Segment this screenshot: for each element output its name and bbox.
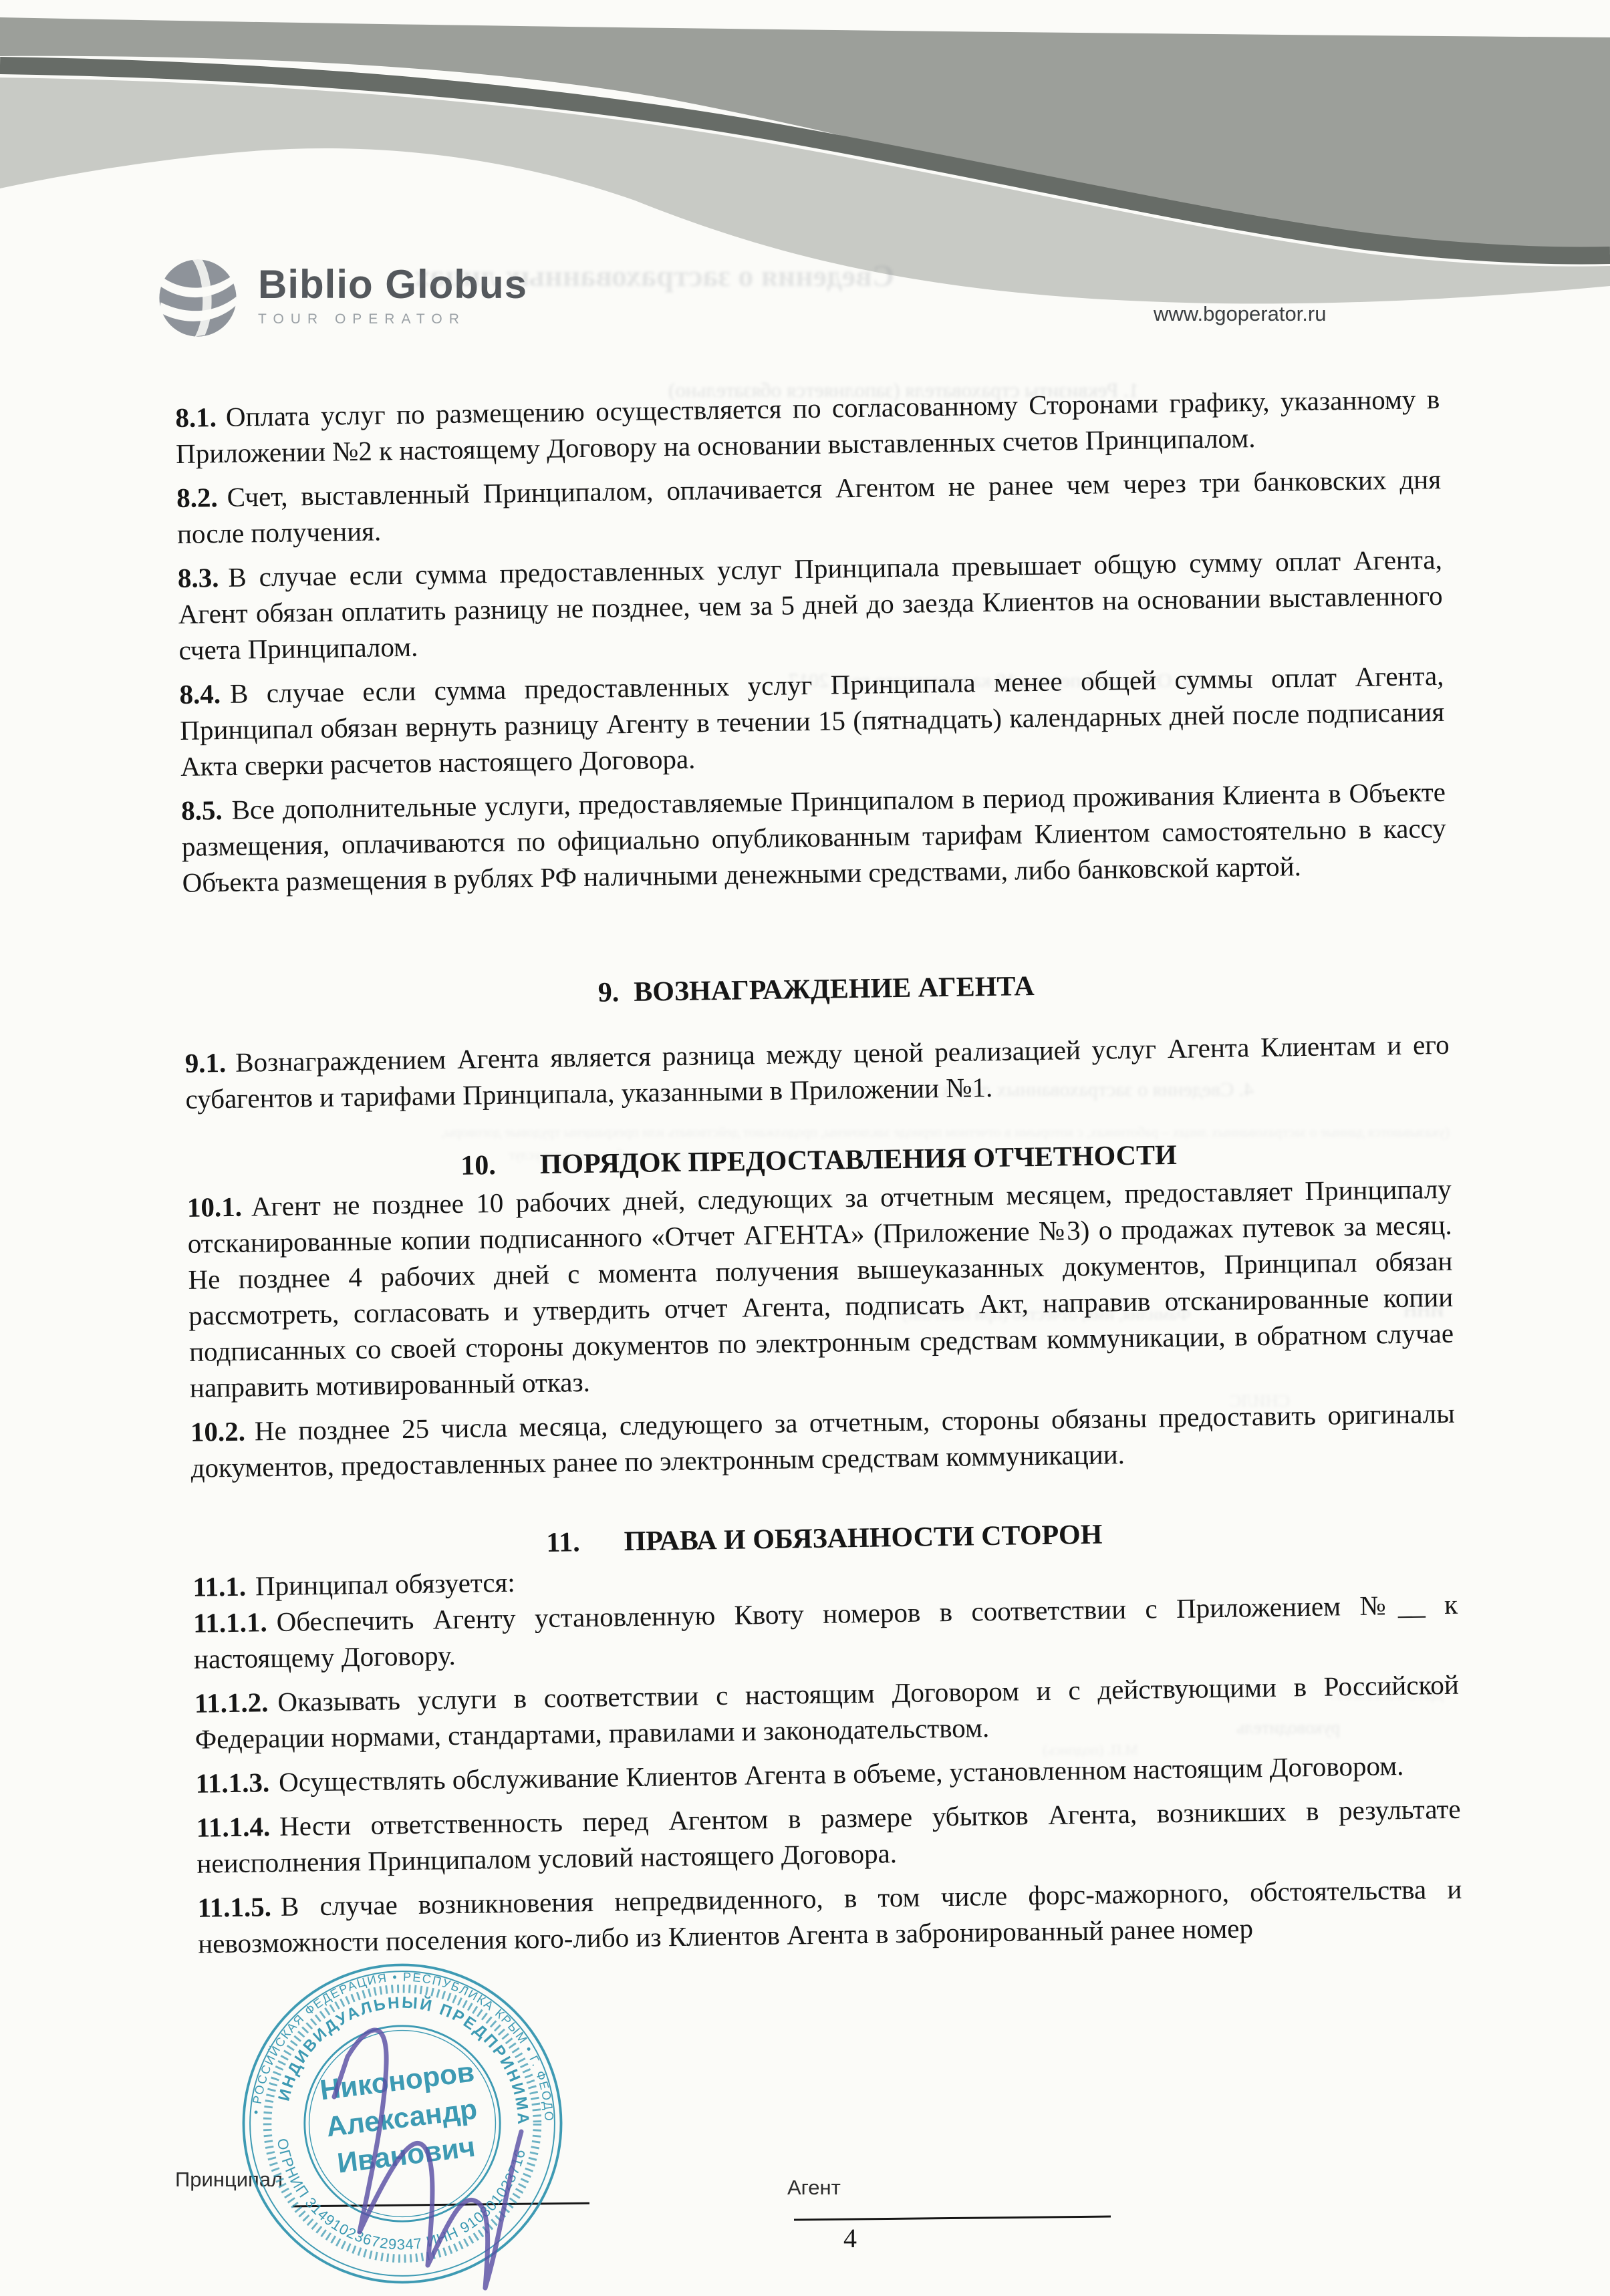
- clause-number: 9.1.: [184, 1047, 226, 1079]
- clause-8-2: 8.2.Счет, выставленный Принципалом, опла…: [176, 461, 1442, 552]
- clause-number: 8.5.: [181, 795, 223, 826]
- handwritten-signature: [287, 2017, 575, 2296]
- clause-text: Счет, выставленный Принципалом, оплачива…: [177, 464, 1442, 549]
- globe-swirl-icon: [155, 255, 241, 341]
- clause-number: 10.1.: [187, 1191, 243, 1223]
- clause-text: В случае если сумма предоставленных услу…: [180, 660, 1444, 782]
- clause-number: 10.2.: [190, 1416, 246, 1447]
- clause-10-1: 10.1.Агент не позднее 10 рабочих дней, с…: [187, 1171, 1455, 1406]
- clause-text: В случае если сумма предоставленных услу…: [178, 544, 1442, 666]
- clause-number: 11.1.2.: [194, 1687, 269, 1719]
- contract-body: 8.1.Оплата услуг по размещению осуществл…: [175, 381, 1463, 1970]
- clause-11-1-5: 11.1.5.В случае возникновения непредвиде…: [197, 1871, 1462, 1962]
- clause-number: 8.1.: [175, 402, 217, 433]
- clause-text: Не позднее 25 числа месяца, следующего з…: [190, 1398, 1455, 1483]
- clause-number: 11.1.1.: [193, 1606, 267, 1638]
- clause-text: Оказывать услуги в соответствии с настоя…: [194, 1669, 1459, 1755]
- clause-9-1: 9.1.Вознаграждением Агента является разн…: [184, 1026, 1450, 1117]
- clause-number: 8.2.: [176, 482, 218, 513]
- clause-text: Обеспечить Агенту установленную Квоту но…: [194, 1589, 1458, 1675]
- clause-text: Осуществлять обслуживание Клиентов Агент…: [279, 1750, 1404, 1798]
- clause-number: 11.1.3.: [195, 1767, 269, 1799]
- section-title: ПРАВА И ОБЯЗАННОСТИ СТОРОН: [624, 1520, 1102, 1558]
- clause-text: Оплата услуг по размещению осуществляетс…: [176, 384, 1440, 469]
- section-9-heading: 9.ВОЗНАГРАЖДЕНИЕ АГЕНТА: [184, 962, 1449, 1017]
- agent-label: Агент: [787, 2176, 841, 2200]
- clause-8-3: 8.3.В случае если сумма предоставленных …: [178, 541, 1444, 668]
- clause-text: Принципал обязуется:: [255, 1567, 515, 1602]
- section-title: ПОРЯДОК ПРЕДОСТАВЛЕНИЯ ОТЧЕТНОСТИ: [539, 1140, 1177, 1180]
- clause-number: 11.1.4.: [196, 1811, 270, 1843]
- clause-11-1-2: 11.1.2.Оказывать услуги в соответствии с…: [194, 1667, 1460, 1757]
- scanned-contract-page: Biblio Globus TOUR OPERATOR www.bgoperat…: [0, 0, 1610, 2296]
- clause-text: Вознаграждением Агента является разница …: [185, 1029, 1450, 1115]
- clause-text: В случае возникновения непредвиденного, …: [198, 1874, 1462, 1959]
- section-number: 9.: [597, 977, 619, 1008]
- clause-10-2: 10.2.Не позднее 25 числа месяца, следующ…: [190, 1395, 1456, 1486]
- clause-8-5: 8.5.Все дополнительные услуги, предостав…: [181, 774, 1447, 901]
- clause-number: 11.1.5.: [197, 1891, 271, 1923]
- section-title: ВОЗНАГРАЖДЕНИЕ АГЕНТА: [634, 971, 1035, 1008]
- clause-text: Все дополнительные услуги, предоставляем…: [182, 776, 1446, 898]
- clause-11-1-4: 11.1.4.Нести ответственность перед Агент…: [196, 1791, 1461, 1882]
- clause-number: 8.4.: [179, 678, 221, 710]
- logo-subtitle: TOUR OPERATOR: [258, 311, 527, 327]
- page-number: 4: [843, 2222, 857, 2254]
- bleed-through-text: Сведения о застрахованных лицах: [414, 258, 894, 293]
- clause-text: Нести ответственность перед Агентом в ра…: [196, 1793, 1461, 1879]
- clause-8-4: 8.4.В случае если сумма предоставленных …: [179, 658, 1445, 784]
- section-number: 10.: [460, 1150, 496, 1181]
- clause-number: 8.3.: [178, 562, 219, 593]
- clause-text: Агент не позднее 10 рабочих дней, следую…: [187, 1173, 1454, 1403]
- section-number: 11.: [546, 1527, 580, 1558]
- clause-8-1: 8.1.Оплата услуг по размещению осуществл…: [175, 381, 1440, 472]
- clause-number: 11.1.: [192, 1571, 246, 1602]
- agent-signature-line: [794, 2216, 1111, 2221]
- website-url: www.bgoperator.ru: [1154, 302, 1326, 326]
